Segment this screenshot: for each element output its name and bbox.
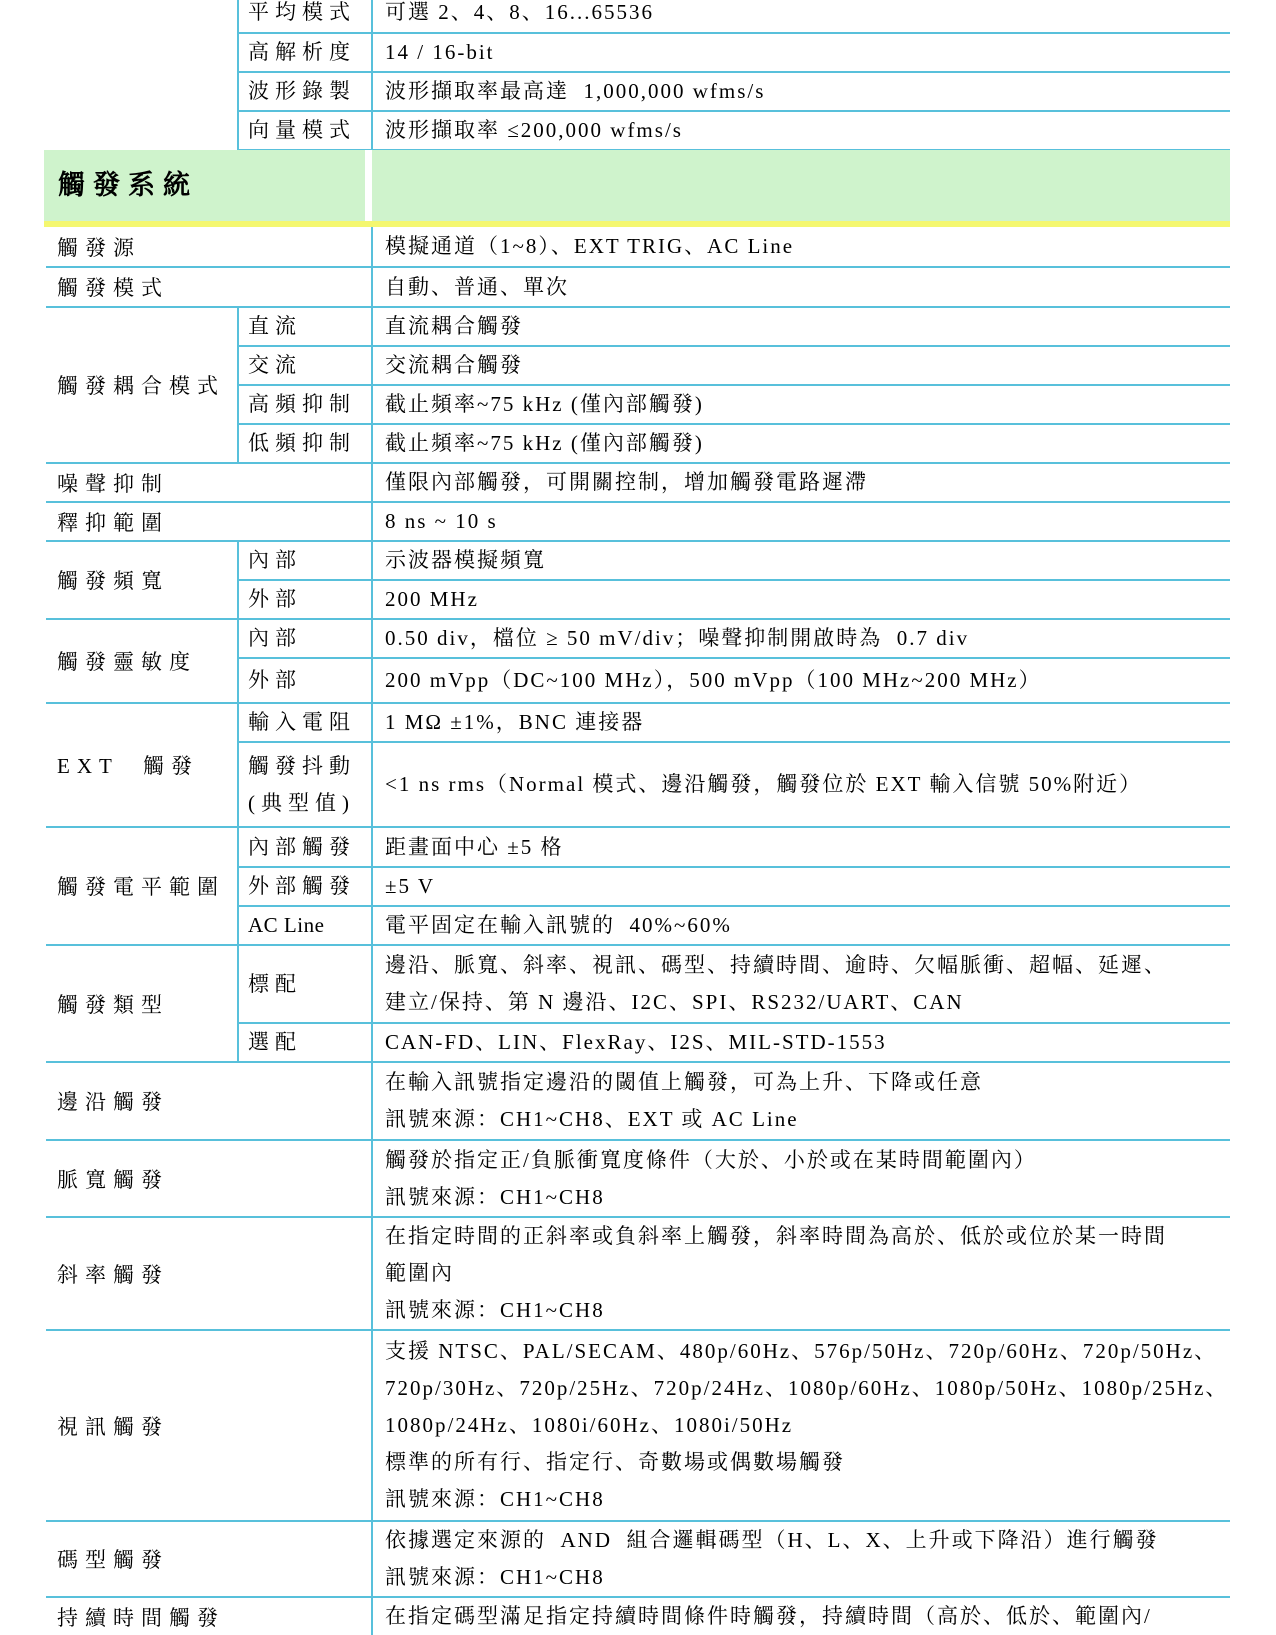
value-line: (典型值): [248, 785, 371, 822]
value-line: CAN-FD、LIN、FlexRay、I2S、MIL-STD-1553: [385, 1024, 1230, 1061]
acquisition-spec-table: 平均模式可選 2、4、8、16...65536高解析度14 / 16-bit波形…: [46, 0, 1230, 151]
value-line: 依據選定來源的 AND 組合邏輯碼型（H、L、X、上升或下降沿）進行觸發: [385, 1522, 1230, 1559]
row-value: 電平固定在輸入訊號的 40%~60%: [372, 906, 1230, 945]
value-line: 訊號來源：CH1~CH8: [385, 1481, 1230, 1518]
row-sublabel: 外部觸發: [238, 867, 372, 906]
value-line: 波形擷取率最高達 1,000,000 wfms/s: [385, 73, 1230, 110]
value-line: 訊號來源：CH1~CH8: [385, 1559, 1230, 1596]
value-line: 在指定時間的正斜率或負斜率上觸發，斜率時間為高於、低於或位於某一時間: [385, 1218, 1230, 1255]
row-value: 在指定碼型滿足指定持續時間條件時觸發，持續時間（高於、低於、範圍內/: [372, 1597, 1230, 1635]
row-label: 觸發靈敏度: [46, 619, 238, 703]
row-value: 在輸入訊號指定邊沿的閾值上觸發，可為上升、下降或任意訊號來源：CH1~CH8、E…: [372, 1062, 1230, 1140]
spec-row: 觸發頻寬內部示波器模擬頻寬: [46, 541, 1230, 580]
row-value: 僅限內部觸發，可開關控制，增加觸發電路遲滯: [372, 463, 1230, 502]
row-label: 觸發頻寬: [46, 541, 238, 619]
value-line: 200 MHz: [385, 581, 1230, 618]
value-line: 720p/30Hz、720p/25Hz、720p/24Hz、1080p/60Hz…: [385, 1370, 1230, 1407]
value-line: 自動、普通、單次: [385, 269, 1230, 306]
spec-row: 觸發耦合模式直流直流耦合觸發: [46, 307, 1230, 346]
row-label: 觸發模式: [46, 267, 372, 307]
value-line: <1 ns rms（Normal 模式、邊沿觸發，觸發位於 EXT 輸入信號 5…: [385, 766, 1230, 803]
row-value: 1 MΩ ±1%，BNC 連接器: [372, 703, 1230, 742]
section-title: 觸發系統: [58, 150, 198, 221]
row-value: 可選 2、4、8、16...65536: [372, 0, 1230, 33]
row-sublabel: 低頻抑制: [238, 424, 372, 463]
value-line: 14 / 16-bit: [385, 34, 1230, 71]
spec-row: EXT 觸發輸入電阻1 MΩ ±1%，BNC 連接器: [46, 703, 1230, 742]
spec-row: 邊沿觸發在輸入訊號指定邊沿的閾值上觸發，可為上升、下降或任意訊號來源：CH1~C…: [46, 1062, 1230, 1140]
value-line: 直流耦合觸發: [385, 308, 1230, 345]
row-value: 交流耦合觸發: [372, 346, 1230, 385]
row-label: 觸發電平範圍: [46, 827, 238, 945]
row-sublabel: 外部: [238, 658, 372, 703]
value-line: 截止頻率~75 kHz (僅內部觸發): [385, 425, 1230, 462]
row-value: 200 mVpp（DC~100 MHz），500 mVpp（100 MHz~20…: [372, 658, 1230, 703]
value-line: 示波器模擬頻寬: [385, 542, 1230, 579]
section-header: 觸發系統: [44, 150, 1230, 227]
row-value: 200 MHz: [372, 580, 1230, 619]
row-label: EXT 觸發: [46, 703, 238, 827]
spec-row: 斜率觸發在指定時間的正斜率或負斜率上觸發，斜率時間為高於、低於或位於某一時間範圍…: [46, 1217, 1230, 1330]
row-value: 截止頻率~75 kHz (僅內部觸發): [372, 385, 1230, 424]
row-value: 直流耦合觸發: [372, 307, 1230, 346]
spec-row: 觸發靈敏度內部0.50 div，檔位 ≥ 50 mV/div；噪聲抑制開啟時為 …: [46, 619, 1230, 658]
spec-row: 觸發模式自動、普通、單次: [46, 267, 1230, 307]
value-line: 波形擷取率 ≤200,000 wfms/s: [385, 112, 1230, 149]
spec-row: 視訊觸發支援 NTSC、PAL/SECAM、480p/60Hz、576p/50H…: [46, 1330, 1230, 1521]
value-line: 可選 2、4、8、16...65536: [385, 0, 1230, 31]
value-line: 範圍內: [385, 1255, 1230, 1292]
spec-row: 觸發源模擬通道（1~8）、EXT TRIG、AC Line: [46, 227, 1230, 267]
value-line: 1 MΩ ±1%，BNC 連接器: [385, 704, 1230, 741]
value-line: 截止頻率~75 kHz (僅內部觸發): [385, 386, 1230, 423]
spec-row: 平均模式可選 2、4、8、16...65536: [46, 0, 1230, 33]
value-line: 在指定碼型滿足指定持續時間條件時觸發，持續時間（高於、低於、範圍內/: [385, 1598, 1230, 1635]
value-line: 僅限內部觸發，可開關控制，增加觸發電路遲滯: [385, 464, 1230, 501]
row-sublabel: 波形錄製: [238, 72, 372, 111]
row-value: 14 / 16-bit: [372, 33, 1230, 72]
row-sublabel: 內部觸發: [238, 827, 372, 867]
value-line: 觸發於指定正/負脈衝寬度條件（大於、小於或在某時間範圍內）: [385, 1142, 1230, 1179]
value-line: 邊沿、脈寬、斜率、視訊、碼型、持續時間、逾時、欠幅脈衝、超幅、延遲、: [385, 947, 1230, 984]
row-label: 觸發耦合模式: [46, 307, 238, 463]
row-value: 波形擷取率 ≤200,000 wfms/s: [372, 111, 1230, 150]
row-label: 噪聲抑制: [46, 463, 372, 502]
row-value: ±5 V: [372, 867, 1230, 906]
spec-row: 觸發類型標配邊沿、脈寬、斜率、視訊、碼型、持續時間、逾時、欠幅脈衝、超幅、延遲、…: [46, 945, 1230, 1023]
value-line: 200 mVpp（DC~100 MHz），500 mVpp（100 MHz~20…: [385, 662, 1230, 699]
spec-sheet-page: 平均模式可選 2、4、8、16...65536高解析度14 / 16-bit波形…: [0, 0, 1276, 1635]
row-sublabel: 高解析度: [238, 33, 372, 72]
value-line: 模擬通道（1~8）、EXT TRIG、AC Line: [385, 228, 1230, 265]
value-line: 距畫面中心 ±5 格: [385, 829, 1230, 866]
row-sublabel: 內部: [238, 619, 372, 658]
row-sublabel: 輸入電阻: [238, 703, 372, 742]
spec-row: 脈寬觸發觸發於指定正/負脈衝寬度條件（大於、小於或在某時間範圍內）訊號來源：CH…: [46, 1140, 1230, 1217]
row-value: 邊沿、脈寬、斜率、視訊、碼型、持續時間、逾時、欠幅脈衝、超幅、延遲、建立/保持、…: [372, 945, 1230, 1023]
value-line: 支援 NTSC、PAL/SECAM、480p/60Hz、576p/50Hz、72…: [385, 1333, 1230, 1370]
row-value: 模擬通道（1~8）、EXT TRIG、AC Line: [372, 227, 1230, 267]
row-value: 截止頻率~75 kHz (僅內部觸發): [372, 424, 1230, 463]
value-line: 訊號來源：CH1~CH8、EXT 或 AC Line: [385, 1101, 1230, 1138]
row-sublabel: AC Line: [238, 906, 372, 945]
value-line: 交流耦合觸發: [385, 347, 1230, 384]
row-label: 邊沿觸發: [46, 1062, 372, 1140]
row-label: 脈寬觸發: [46, 1140, 372, 1217]
row-value: <1 ns rms（Normal 模式、邊沿觸發，觸發位於 EXT 輸入信號 5…: [372, 742, 1230, 827]
spec-row: 觸發電平範圍內部觸發距畫面中心 ±5 格: [46, 827, 1230, 867]
value-line: 1080p/24Hz、1080i/60Hz、1080i/50Hz: [385, 1407, 1230, 1444]
value-line: 訊號來源：CH1~CH8: [385, 1292, 1230, 1329]
row-sublabel: 高頻抑制: [238, 385, 372, 424]
spec-row: 噪聲抑制僅限內部觸發，可開關控制，增加觸發電路遲滯: [46, 463, 1230, 502]
value-line: 0.50 div，檔位 ≥ 50 mV/div；噪聲抑制開啟時為 0.7 div: [385, 620, 1230, 657]
row-value: 距畫面中心 ±5 格: [372, 827, 1230, 867]
row-sublabel: 平均模式: [238, 0, 372, 33]
value-line: 電平固定在輸入訊號的 40%~60%: [385, 907, 1230, 944]
row-sublabel: 標配: [238, 945, 372, 1023]
row-value: 示波器模擬頻寬: [372, 541, 1230, 580]
value-line: ±5 V: [385, 868, 1230, 905]
continued-empty-cell: [46, 0, 238, 150]
value-line: 在輸入訊號指定邊沿的閾值上觸發，可為上升、下降或任意: [385, 1064, 1230, 1101]
row-label: 持續時間觸發: [46, 1597, 372, 1635]
row-label: 碼型觸發: [46, 1521, 372, 1597]
value-line: 觸發抖動: [248, 748, 371, 785]
value-line: 訊號來源：CH1~CH8: [385, 1179, 1230, 1216]
spec-row: 持續時間觸發在指定碼型滿足指定持續時間條件時觸發，持續時間（高於、低於、範圍內/: [46, 1597, 1230, 1635]
row-value: 8 ns ~ 10 s: [372, 502, 1230, 541]
row-value: CAN-FD、LIN、FlexRay、I2S、MIL-STD-1553: [372, 1023, 1230, 1062]
row-sublabel: 向量模式: [238, 111, 372, 150]
row-sublabel: 觸發抖動(典型值): [238, 742, 372, 827]
row-sublabel: 直流: [238, 307, 372, 346]
row-label: 觸發源: [46, 227, 372, 267]
row-sublabel: 選配: [238, 1023, 372, 1062]
value-line: 建立/保持、第 N 邊沿、I2C、SPI、RS232/UART、CAN: [385, 984, 1230, 1021]
row-value: 在指定時間的正斜率或負斜率上觸發，斜率時間為高於、低於或位於某一時間範圍內訊號來…: [372, 1217, 1230, 1330]
row-value: 依據選定來源的 AND 組合邏輯碼型（H、L、X、上升或下降沿）進行觸發訊號來源…: [372, 1521, 1230, 1597]
row-sublabel: 內部: [238, 541, 372, 580]
row-label: 斜率觸發: [46, 1217, 372, 1330]
value-line: 8 ns ~ 10 s: [385, 503, 1230, 540]
row-sublabel: 外部: [238, 580, 372, 619]
row-value: 自動、普通、單次: [372, 267, 1230, 307]
row-value: 觸發於指定正/負脈衝寬度條件（大於、小於或在某時間範圍內）訊號來源：CH1~CH…: [372, 1140, 1230, 1217]
row-label: 釋抑範圍: [46, 502, 372, 541]
value-line: 標準的所有行、指定行、奇數場或偶數場觸發: [385, 1444, 1230, 1481]
spec-row: 釋抑範圍8 ns ~ 10 s: [46, 502, 1230, 541]
spec-row: 碼型觸發依據選定來源的 AND 組合邏輯碼型（H、L、X、上升或下降沿）進行觸發…: [46, 1521, 1230, 1597]
row-label: 視訊觸發: [46, 1330, 372, 1521]
trigger-spec-table: 觸發源模擬通道（1~8）、EXT TRIG、AC Line觸發模式自動、普通、單…: [46, 227, 1230, 1635]
row-sublabel: 交流: [238, 346, 372, 385]
row-value: 0.50 div，檔位 ≥ 50 mV/div；噪聲抑制開啟時為 0.7 div: [372, 619, 1230, 658]
section-header-column-gap: [365, 150, 372, 221]
row-label: 觸發類型: [46, 945, 238, 1062]
row-value: 支援 NTSC、PAL/SECAM、480p/60Hz、576p/50Hz、72…: [372, 1330, 1230, 1521]
row-value: 波形擷取率最高達 1,000,000 wfms/s: [372, 72, 1230, 111]
